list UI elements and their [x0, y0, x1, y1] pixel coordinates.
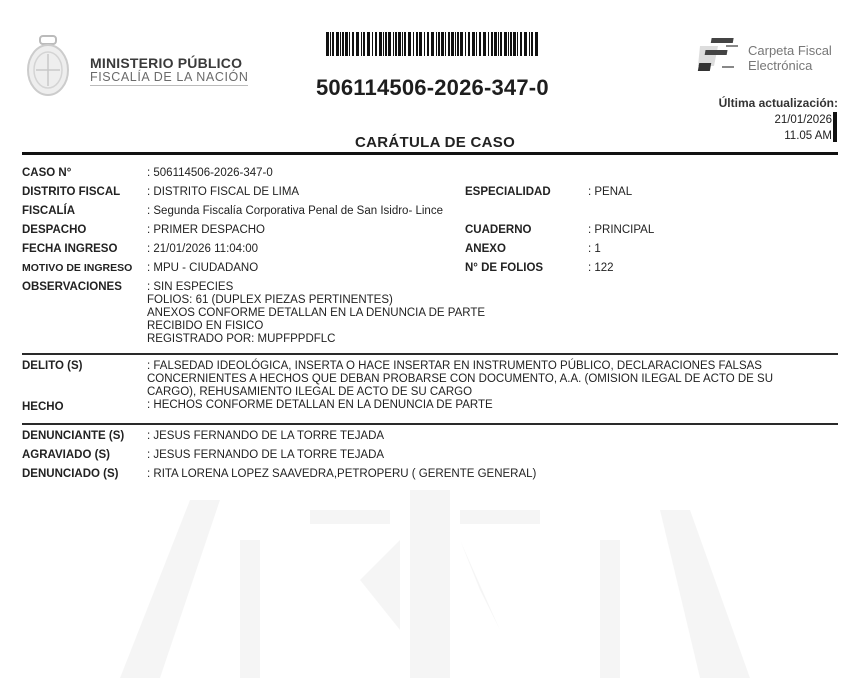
- delito-value: : FALSEDAD IDEOLÓGICA, INSERTA O HACE IN…: [147, 360, 773, 399]
- delito-line: : FALSEDAD IDEOLÓGICA, INSERTA O HACE IN…: [147, 360, 773, 373]
- despacho-value: : PRIMER DESPACHO: [147, 224, 265, 236]
- divider: [22, 152, 838, 155]
- caso-value: : 506114506-2026-347-0: [147, 167, 273, 179]
- agraviado-value: : JESUS FERNANDO DE LA TORRE TEJADA: [147, 449, 384, 461]
- denunciante-label: DENUNCIANTE (S): [22, 430, 124, 442]
- coat-of-arms-seal-icon: [24, 34, 72, 98]
- last-update-date: 21/01/2026: [774, 112, 832, 128]
- fiscalia-value: : Segunda Fiscalía Corporativa Penal de …: [147, 205, 443, 217]
- observaciones-line: FOLIOS: 61 (DUPLEX PIEZAS PERTINENTES): [147, 294, 485, 307]
- especialidad-label: ESPECIALIDAD: [465, 186, 551, 198]
- agraviado-label: AGRAVIADO (S): [22, 449, 110, 461]
- institution-subtitle: FISCALÍA DE LA NACIÓN: [90, 70, 248, 86]
- delito-line: CARGO), REHUSAMIENTO ILEGAL DE ACTO DE S…: [147, 386, 773, 399]
- observaciones-line: REGISTRADO POR: MUPFPPDFLC: [147, 333, 485, 346]
- cuaderno-label: CUADERNO: [465, 224, 531, 236]
- divider: [22, 353, 838, 355]
- delito-line: CONCERNIENTES A HECHOS QUE DEBAN PROBARS…: [147, 373, 773, 386]
- observaciones-label: OBSERVACIONES: [22, 281, 122, 293]
- document-title: CARÁTULA DE CASO: [355, 134, 515, 151]
- folios-value: : 122: [588, 262, 614, 274]
- divider: [22, 423, 838, 425]
- especialidad-value: : PENAL: [588, 186, 632, 198]
- system-name: Carpeta Fiscal Electrónica: [748, 43, 832, 73]
- denunciado-value: : RITA LORENA LOPEZ SAAVEDRA,PETROPERU (…: [147, 468, 536, 480]
- institution-name: MINISTERIO PÚBLICO: [90, 55, 242, 71]
- system-name-line2: Electrónica: [748, 58, 832, 73]
- denunciante-value: : JESUS FERNANDO DE LA TORRE TEJADA: [147, 430, 384, 442]
- update-marker-bar: [833, 112, 837, 142]
- denunciado-label: DENUNCIADO (S): [22, 468, 118, 480]
- motivo-value: : MPU - CIUDADANO: [147, 262, 258, 274]
- delito-label: DELITO (S): [22, 360, 82, 372]
- caso-label: CASO N°: [22, 167, 71, 179]
- coat-of-arms-watermark: [60, 480, 800, 678]
- fecha-ingreso-label: FECHA INGRESO: [22, 243, 117, 255]
- observaciones-line: ANEXOS CONFORME DETALLAN EN LA DENUNCIA …: [147, 307, 485, 320]
- case-number-heading: 506114506-2026-347-0: [316, 75, 549, 101]
- distrito-label: DISTRITO FISCAL: [22, 186, 120, 198]
- last-update-value: 21/01/2026 11.05 AM: [774, 112, 832, 144]
- anexo-value: : 1: [588, 243, 601, 255]
- observaciones-value: : SIN ESPECIES FOLIOS: 61 (DUPLEX PIEZAS…: [147, 281, 485, 346]
- barcode-icon: [326, 32, 538, 56]
- distrito-value: : DISTRITO FISCAL DE LIMA: [147, 186, 299, 198]
- carpeta-fiscal-logo-icon: [696, 36, 744, 74]
- cuaderno-value: : PRINCIPAL: [588, 224, 654, 236]
- observaciones-line: : SIN ESPECIES: [147, 281, 485, 294]
- last-update-label: Última actualización:: [719, 96, 838, 110]
- last-update-time: 11.05 AM: [774, 128, 832, 144]
- hecho-value: : HECHOS CONFORME DETALLAN EN LA DENUNCI…: [147, 399, 493, 411]
- fecha-ingreso-value: : 21/01/2026 11:04:00: [147, 243, 258, 255]
- folios-label: N° DE FOLIOS: [465, 262, 543, 274]
- fiscalia-label: FISCALÍA: [22, 205, 75, 217]
- anexo-label: ANEXO: [465, 243, 506, 255]
- despacho-label: DESPACHO: [22, 224, 86, 236]
- motivo-label: MOTIVO DE INGRESO: [22, 262, 132, 274]
- system-name-line1: Carpeta Fiscal: [748, 43, 832, 58]
- hecho-label: HECHO: [22, 401, 64, 413]
- observaciones-line: RECIBIDO EN FISICO: [147, 320, 485, 333]
